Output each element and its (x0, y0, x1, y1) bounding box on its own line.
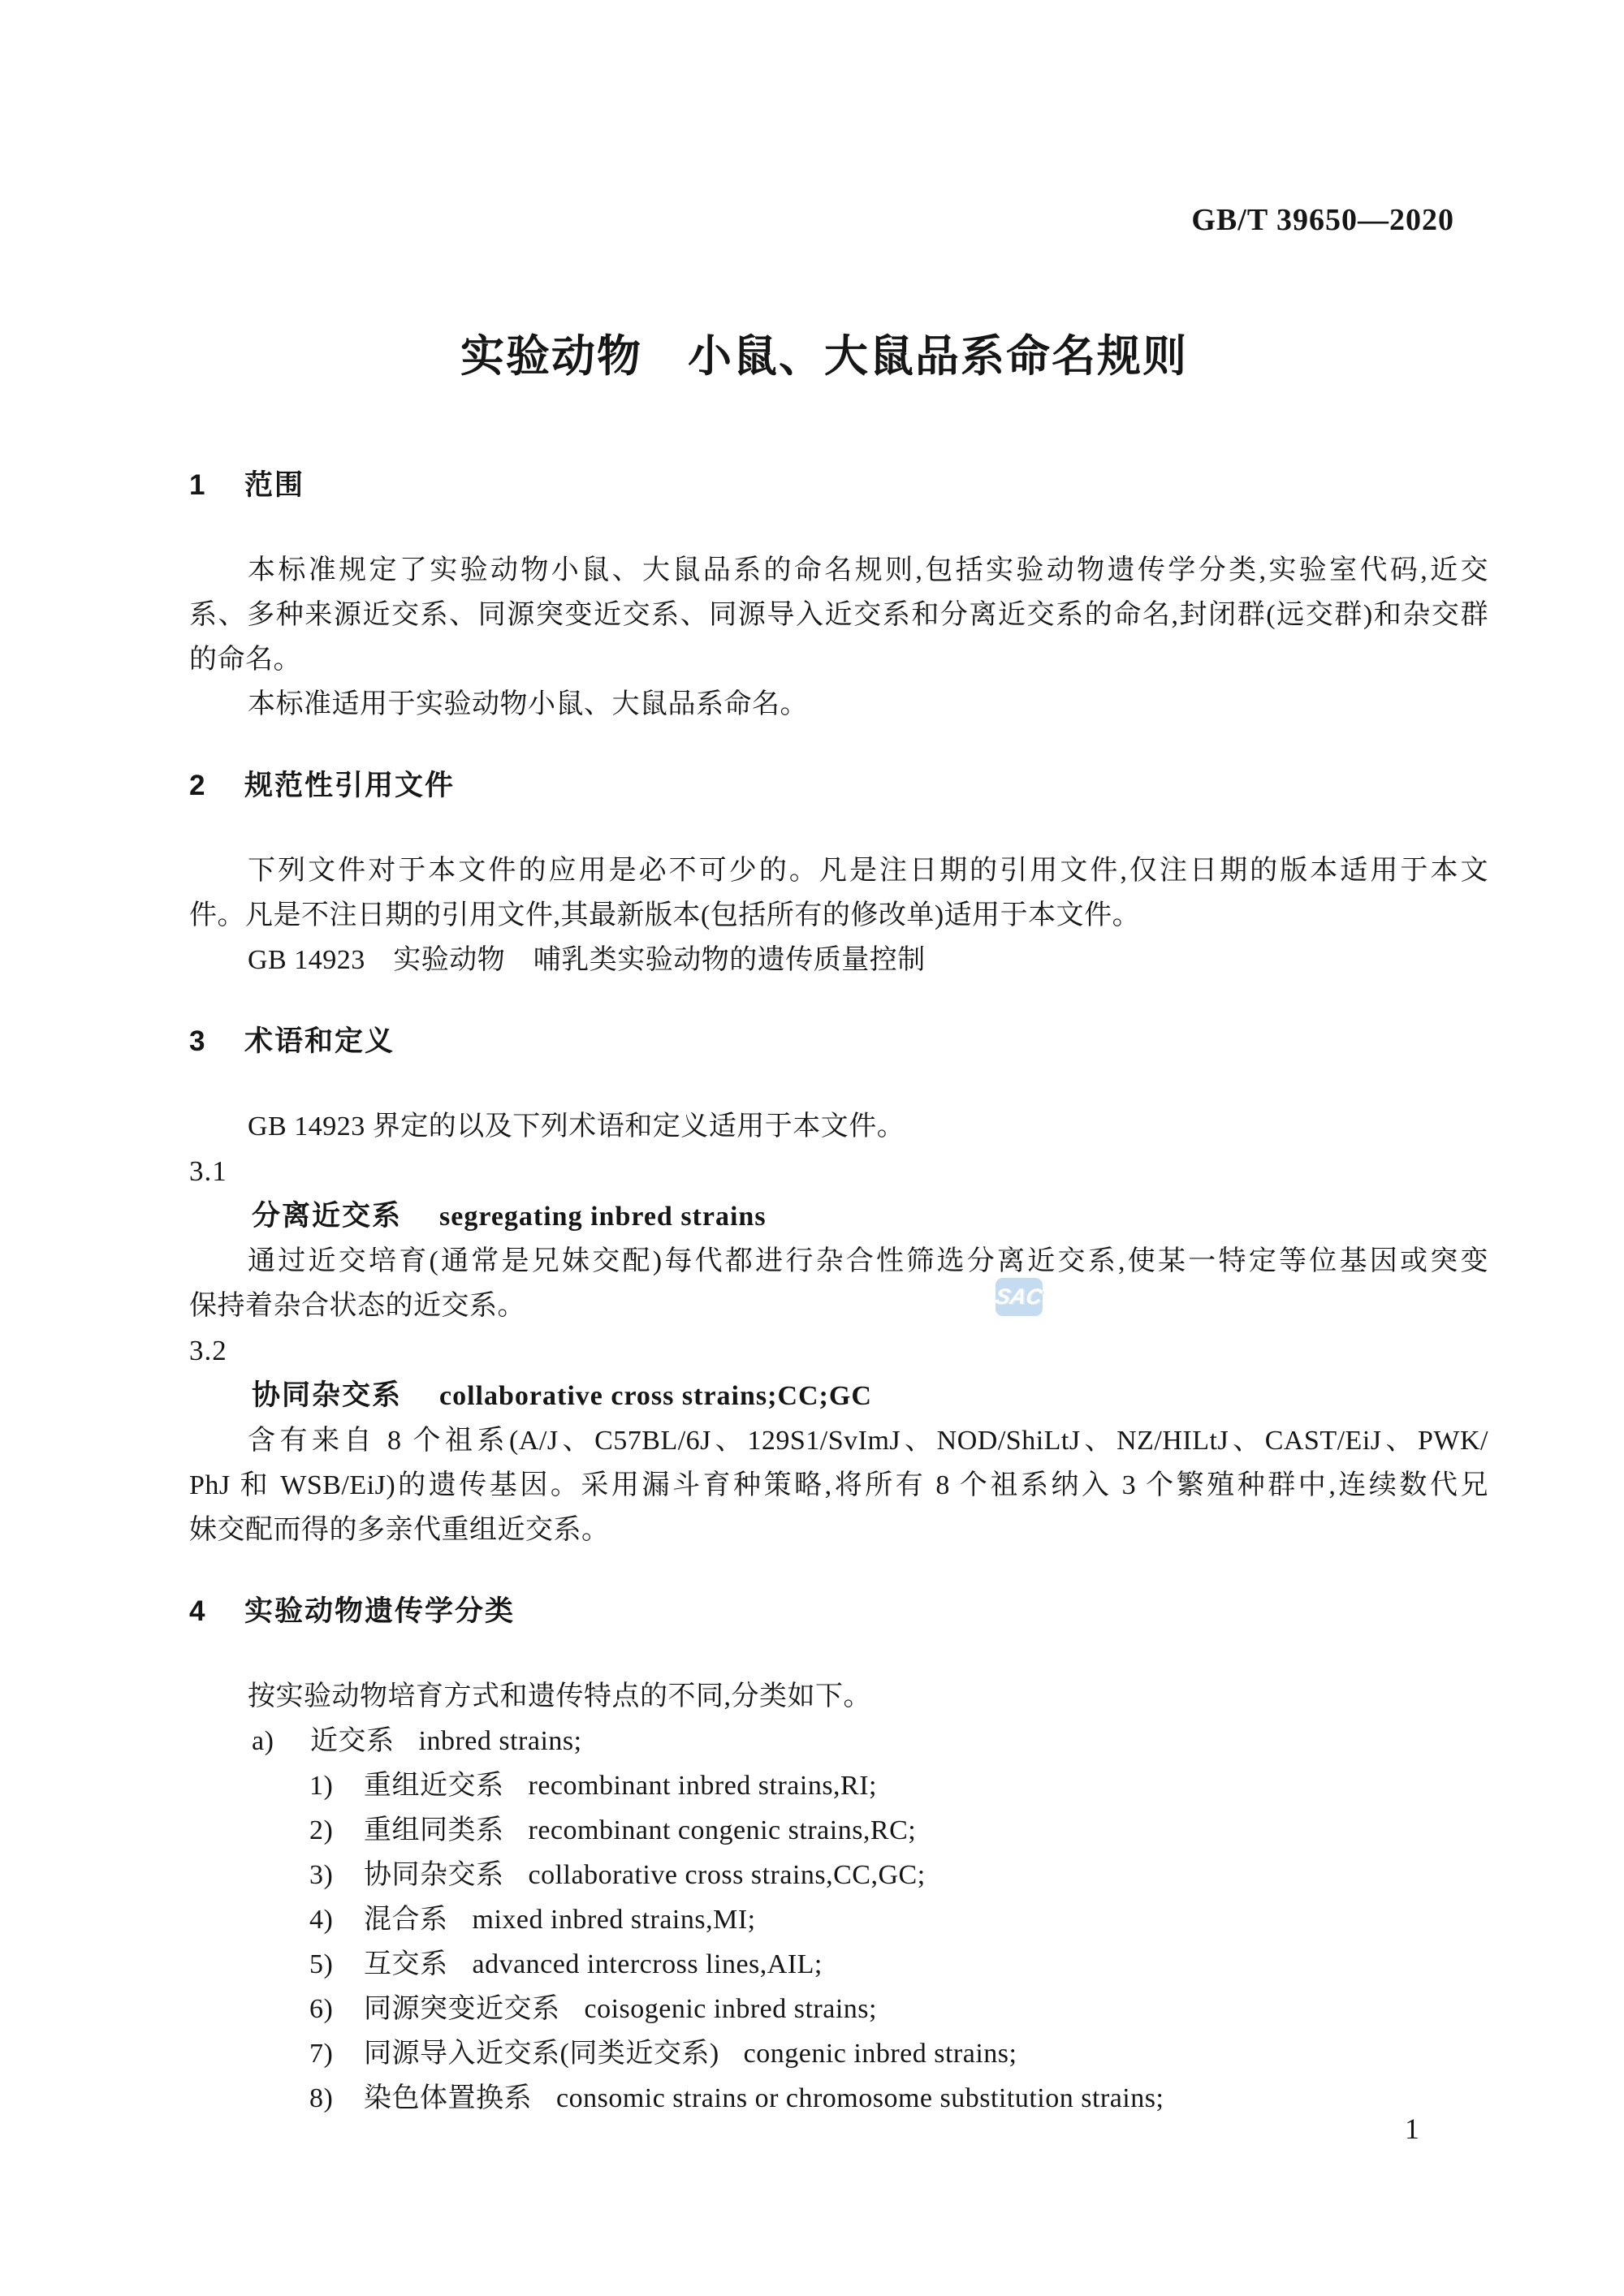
list-item-english: congenic inbred strains; (744, 2039, 1017, 2069)
term-heading: 协同杂交系collaborative cross strains;CC;GC (189, 1373, 1488, 1418)
section-heading-number: 3 (189, 1019, 244, 1064)
standard-document-page: GB/T 39650—2020 实验动物 小鼠、大鼠品系命名规则 SAC 1范围… (0, 0, 1624, 2296)
list-item-chinese: 互交系 (364, 1949, 448, 1979)
paragraph-text: 保持着杂合状态的近交系。 (189, 1291, 525, 1321)
list-item-english: inbred strains; (419, 1726, 582, 1756)
document-title: 实验动物 小鼠、大鼠品系命名规则 (0, 331, 1624, 382)
document-body: 1范围本标准规定了实验动物小鼠、大鼠品系的命名规则,包括实验动物遗传学分类,实验… (189, 463, 1488, 2121)
term-number: 3.2 (189, 1328, 1488, 1373)
list-item-marker: a) (252, 1719, 310, 1763)
list-item-chinese: 重组近交系 (364, 1771, 504, 1801)
standard-code: GB/T 39650—2020 (1191, 205, 1454, 235)
list-item-english: collaborative cross strains,CC,GC; (529, 1860, 926, 1890)
term-heading: 分离近交系segregating inbred strains (189, 1193, 1488, 1239)
paragraph-text: 按实验动物培育方式和遗传特点的不同,分类如下。 (248, 1681, 871, 1711)
list-item-marker: 2) (309, 1808, 364, 1853)
list-item-marker: 1) (309, 1763, 364, 1808)
section-heading: 1范围 (189, 463, 1488, 507)
paragraph-line: 的命名。 (189, 637, 1488, 682)
section-heading-title: 规范性引用文件 (244, 770, 455, 801)
paragraph-line: 保持着杂合状态的近交系。 (189, 1284, 1488, 1328)
list-item-chinese: 同源导入近交系(同类近交系) (364, 2039, 719, 2069)
list-item-english: mixed inbred strains,MI; (473, 1905, 756, 1935)
term-number-text: 3.1 (189, 1155, 227, 1187)
list-item-english: recombinant congenic strains,RC; (529, 1815, 917, 1845)
list-item-marker: 5) (309, 1942, 364, 1987)
paragraph-line: 按实验动物培育方式和遗传特点的不同,分类如下。 (189, 1674, 1488, 1719)
paragraph-line: 下列文件对于本文件的应用是必不可少的。凡是注日期的引用文件,仅注日期的版本适用于… (189, 848, 1488, 893)
section-heading-number: 2 (189, 763, 244, 808)
paragraph-line: GB 14923 实验动物 哺乳类实验动物的遗传质量控制 (189, 938, 1488, 982)
paragraph-line: 本标准适用于实验动物小鼠、大鼠品系命名。 (189, 682, 1488, 727)
classification-list-item-level2: 6)同源突变近交系coisogenic inbred strains; (189, 1987, 1488, 2031)
section-heading: 3术语和定义 (189, 1019, 1488, 1064)
classification-list-item-level2: 7)同源导入近交系(同类近交系)congenic inbred strains; (189, 2031, 1488, 2076)
list-item-chinese: 重组同类系 (364, 1815, 504, 1845)
list-item-english: consomic strains or chromosome substitut… (556, 2083, 1164, 2113)
paragraph-text: PhJ 和 WSB/EiJ)的遗传基因。采用漏斗育种策略,将所有 8 个祖系纳入… (189, 1470, 1488, 1500)
classification-list-item-level2: 5)互交系advanced intercross lines,AIL; (189, 1942, 1488, 1987)
term-number: 3.1 (189, 1149, 1488, 1193)
paragraph-line: GB 14923 界定的以及下列术语和定义适用于本文件。 (189, 1104, 1488, 1149)
list-item-marker: 3) (309, 1853, 364, 1897)
list-item-english: advanced intercross lines,AIL; (473, 1949, 823, 1979)
paragraph-line: 本标准规定了实验动物小鼠、大鼠品系的命名规则,包括实验动物遗传学分类,实验室代码… (189, 548, 1488, 593)
classification-list-item-level2: 8)染色体置换系consomic strains or chromosome s… (189, 2076, 1488, 2121)
term-chinese-label: 协同杂交系 (252, 1379, 402, 1411)
classification-list-item-level1: a)近交系inbred strains; (189, 1719, 1488, 1763)
section-heading-number: 1 (189, 463, 244, 507)
paragraph-text: 下列文件对于本文件的应用是必不可少的。凡是注日期的引用文件,仅注日期的版本适用于… (248, 856, 1488, 886)
section-heading-title: 术语和定义 (244, 1025, 395, 1057)
list-item-marker: 6) (309, 1987, 364, 2031)
list-item-chinese: 染色体置换系 (364, 2083, 532, 2113)
paragraph-text: 系、多种来源近交系、同源突变近交系、同源导入近交系和分离近交系的命名,封闭群(远… (189, 600, 1488, 630)
list-item-english: recombinant inbred strains,RI; (529, 1771, 878, 1801)
paragraph-line: 件。凡是不注日期的引用文件,其最新版本(包括所有的修改单)适用于本文件。 (189, 893, 1488, 938)
list-item-marker: 4) (309, 1897, 364, 1942)
list-item-chinese: 近交系 (310, 1726, 395, 1756)
list-item-chinese: 混合系 (364, 1905, 448, 1935)
section-heading-title: 实验动物遗传学分类 (244, 1595, 515, 1627)
section-heading-title: 范围 (244, 469, 304, 501)
term-number-text: 3.2 (189, 1335, 227, 1366)
paragraph-text: GB 14923 界定的以及下列术语和定义适用于本文件。 (248, 1111, 905, 1142)
term-english-label: segregating inbred strains (439, 1202, 767, 1232)
paragraph-line: PhJ 和 WSB/EiJ)的遗传基因。采用漏斗育种策略,将所有 8 个祖系纳入… (189, 1463, 1488, 1508)
paragraph-text: 本标准规定了实验动物小鼠、大鼠品系的命名规则,包括实验动物遗传学分类,实验室代码… (248, 555, 1488, 585)
list-item-marker: 7) (309, 2031, 364, 2076)
list-item-chinese: 协同杂交系 (364, 1860, 504, 1890)
section-heading: 4实验动物遗传学分类 (189, 1589, 1488, 1634)
paragraph-text: 件。凡是不注日期的引用文件,其最新版本(包括所有的修改单)适用于本文件。 (189, 900, 1140, 930)
paragraph-line: 通过近交培育(通常是兄妹交配)每代都进行杂合性筛选分离近交系,使某一特定等位基因… (189, 1239, 1488, 1284)
paragraph-text: 通过近交培育(通常是兄妹交配)每代都进行杂合性筛选分离近交系,使某一特定等位基因… (248, 1246, 1488, 1276)
section-heading-number: 4 (189, 1589, 244, 1634)
classification-list-item-level2: 4)混合系mixed inbred strains,MI; (189, 1897, 1488, 1942)
classification-list-item-level2: 2)重组同类系recombinant congenic strains,RC; (189, 1808, 1488, 1853)
paragraph-line: 含有来自 8 个祖系(A/J、C57BL/6J、129S1/SvImJ、NOD/… (189, 1418, 1488, 1463)
paragraph-text: 的命名。 (189, 645, 301, 675)
list-item-marker: 8) (309, 2076, 364, 2121)
paragraph-text: 妹交配而得的多亲代重组近交系。 (189, 1515, 610, 1545)
list-item-english: coisogenic inbred strains; (585, 1994, 877, 2024)
paragraph-text: 含有来自 8 个祖系(A/J、C57BL/6J、129S1/SvImJ、NOD/… (248, 1426, 1488, 1456)
paragraph-text: 本标准适用于实验动物小鼠、大鼠品系命名。 (248, 689, 808, 719)
paragraph-text: GB 14923 实验动物 哺乳类实验动物的遗传质量控制 (248, 945, 926, 975)
term-english-label: collaborative cross strains;CC;GC (439, 1381, 872, 1411)
classification-list-item-level2: 1)重组近交系recombinant inbred strains,RI; (189, 1763, 1488, 1808)
classification-list-item-level2: 3)协同杂交系collaborative cross strains,CC,GC… (189, 1853, 1488, 1897)
paragraph-line: 妹交配而得的多亲代重组近交系。 (189, 1508, 1488, 1552)
paragraph-line: 系、多种来源近交系、同源突变近交系、同源导入近交系和分离近交系的命名,封闭群(远… (189, 593, 1488, 637)
list-item-chinese: 同源突变近交系 (364, 1994, 560, 2024)
section-heading: 2规范性引用文件 (189, 763, 1488, 808)
term-chinese-label: 分离近交系 (252, 1200, 402, 1232)
